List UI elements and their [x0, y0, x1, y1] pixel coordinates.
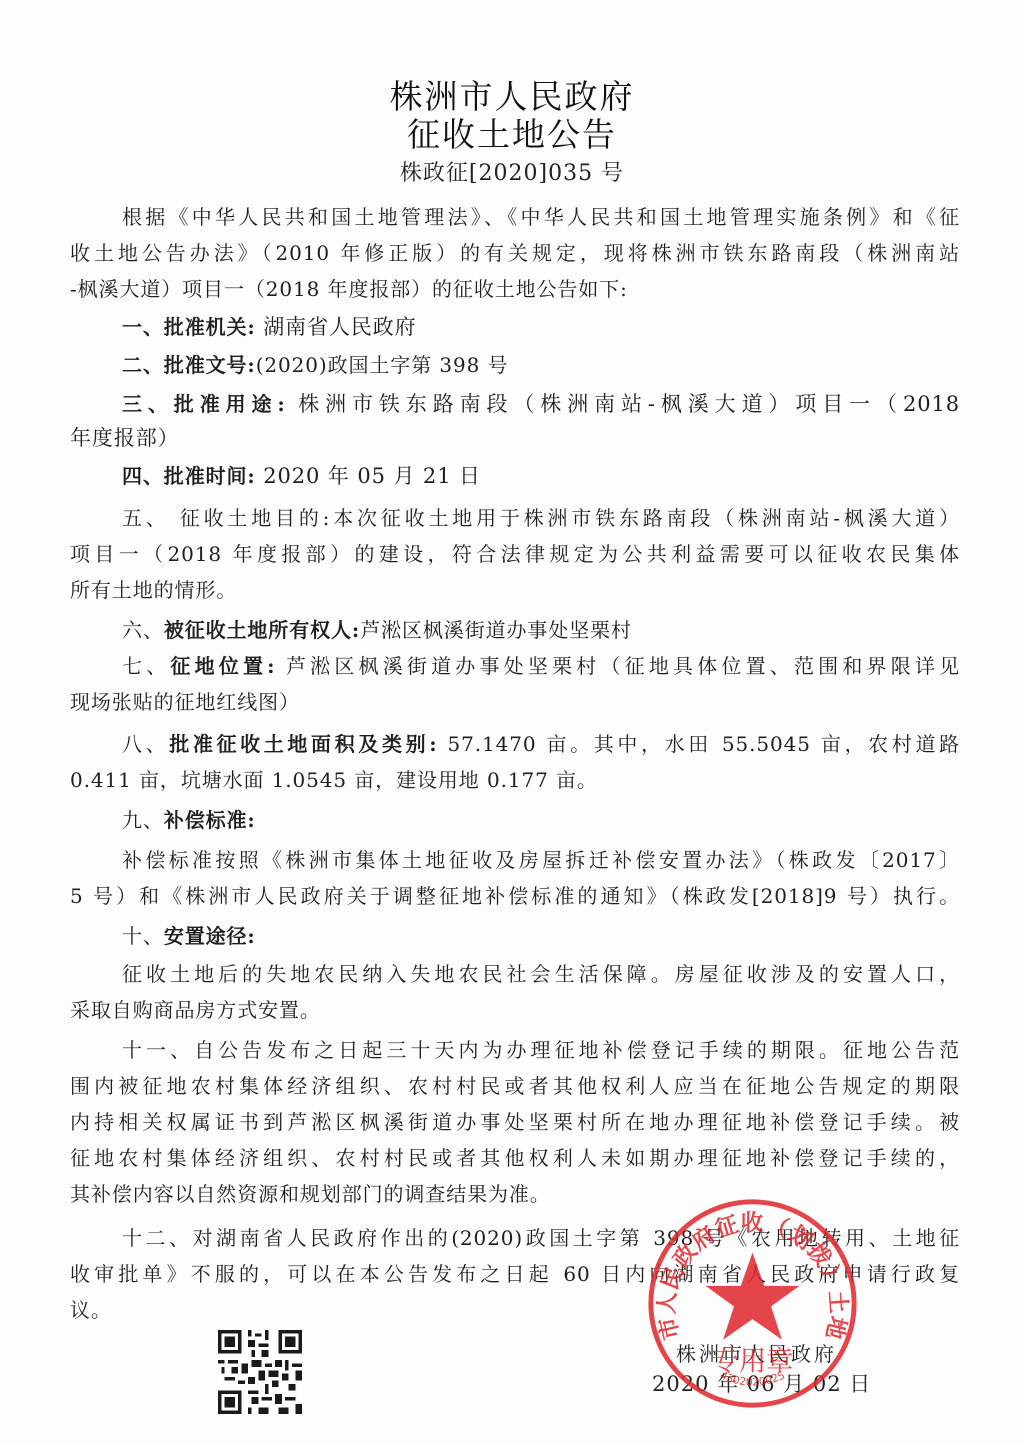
item-label: 安置途径: [164, 924, 256, 948]
item-approval-date: 四、批准时间: 2020 年 05 月 21 日 [122, 462, 960, 490]
item-value: 芦淞区枫溪街道办事处坚栗村（征地具体位置、范围和界限详见 [275, 654, 960, 678]
item-resettlement-line-1: 征收土地后的失地农民纳入失地农民社会生活保障。房屋征收涉及的安置人口， [122, 960, 960, 988]
item-purpose-line-1: 五、 征收土地目的:本次征收土地用于株洲市铁东路南段（株洲南站-枫溪大道） [122, 504, 960, 532]
item-value: 湖南省人民政府 [256, 315, 417, 339]
item-value: (2020)政国土字第 398 号 [256, 353, 509, 377]
intro-line-1: 根据《中华人民共和国土地管理法》、《中华人民共和国土地管理实施条例》和《征 [122, 203, 960, 231]
intro-line-2: 收土地公告办法》（2010 年修正版）的有关规定，现将株洲市铁东路南段（株洲南站 [70, 239, 960, 267]
item-label: 征地位置: [170, 654, 275, 678]
item-approval-authority: 一、批准机关: 湖南省人民政府 [122, 313, 960, 341]
item-purpose-line-3: 所有土地的情形。 [70, 576, 960, 604]
item-purpose-line-2: 项目一（2018 年度报部）的建设，符合法律规定为公共利益需要可以征收农民集体 [70, 540, 960, 568]
item-prefix: 八、 [122, 732, 169, 756]
item-location: 七、征地位置: 芦淞区枫溪街道办事处坚栗村（征地具体位置、范围和界限详见 [122, 652, 960, 680]
official-seal-icon: 株洲市人民政府征收（划拨）土地公告 专用章 4302020025 [645, 1196, 860, 1411]
item-approval-number: 二、批准文号:(2020)政国土字第 398 号 [122, 351, 960, 379]
document-page: 株洲市人民政府 征收土地公告 株政征[2020]035 号 根据《中华人民共和国… [0, 0, 1024, 1445]
qr-code-icon [218, 1330, 302, 1414]
item-label: 四、批准时间: [122, 464, 256, 488]
item-compensation-line-2: 5 号）和《株洲市人民政府关于调整征地补偿标准的通知》（株政发[2018]9 号… [70, 882, 960, 910]
item-registration-line-3: 内持相关权属证书到芦淞区枫溪街道办事处坚栗村所在地办理征地补偿登记手续。被 [70, 1108, 960, 1136]
item-label: 批准征收土地面积及类别: [169, 732, 437, 756]
item-label: 二、批准文号: [122, 353, 256, 377]
item-registration-line-2: 围内被征地农村集体经济组织、农村村民或者其他权利人应当在征地公告规定的期限 [70, 1072, 960, 1100]
item-compensation-line-1: 补偿标准按照《株洲市集体土地征收及房屋拆迁补偿安置办法》（株政发〔2017〕 [122, 846, 960, 874]
item-label: 三、批准用途: [122, 392, 286, 416]
item-registration-line-1: 十一、自公告发布之日起三十天内为办理征地补偿登记手续的期限。征地公告范 [122, 1036, 960, 1064]
item-area-cont: 0.411 亩，坑塘水面 1.0545 亩，建设用地 0.177 亩。 [70, 766, 960, 794]
title-line-2: 征收土地公告 [0, 116, 1024, 154]
item-location-cont: 现场张贴的征地红线图） [70, 688, 960, 716]
item-label: 补偿标准: [164, 808, 256, 832]
item-compensation-heading: 九、补偿标准: [122, 806, 960, 834]
item-approval-purpose: 三、批准用途: 株洲市铁东路南段（株洲南站-枫溪大道）项目一（2018 [122, 390, 960, 418]
item-prefix: 七、 [122, 654, 170, 678]
item-value: 2020 年 05 月 21 日 [256, 464, 481, 488]
item-registration-line-4: 征地农村集体经济组织、农村村民或者其他权利人未如期办理征地补偿登记手续的， [70, 1144, 960, 1172]
item-land-owner: 六、被征收土地所有权人:芦淞区枫溪街道办事处坚栗村 [122, 616, 960, 644]
item-resettlement-line-2: 采取自购商品房方式安置。 [70, 996, 960, 1024]
item-value: 株洲市铁东路南段（株洲南站-枫溪大道）项目一（2018 [286, 392, 960, 416]
item-area: 八、批准征收土地面积及类别: 57.1470 亩。其中，水田 55.5045 亩… [122, 730, 960, 758]
item-prefix: 九、 [122, 808, 164, 832]
item-label: 被征收土地所有权人: [164, 618, 360, 642]
intro-line-3: -枫溪大道）项目一（2018 年度报部）的征收土地公告如下: [70, 275, 960, 303]
item-approval-purpose-cont: 年度报部） [70, 424, 960, 452]
item-label: 一、批准机关: [122, 315, 256, 339]
title-line-1: 株洲市人民政府 [0, 78, 1024, 116]
item-value: 57.1470 亩。其中，水田 55.5045 亩，农村道路 [438, 732, 960, 756]
item-prefix: 十、 [122, 924, 164, 948]
document-number: 株政征[2020]035 号 [0, 156, 1024, 187]
item-value: 芦淞区枫溪街道办事处坚栗村 [360, 618, 632, 642]
item-resettlement-heading: 十、安置途径: [122, 922, 960, 950]
item-prefix: 六、 [122, 618, 164, 642]
